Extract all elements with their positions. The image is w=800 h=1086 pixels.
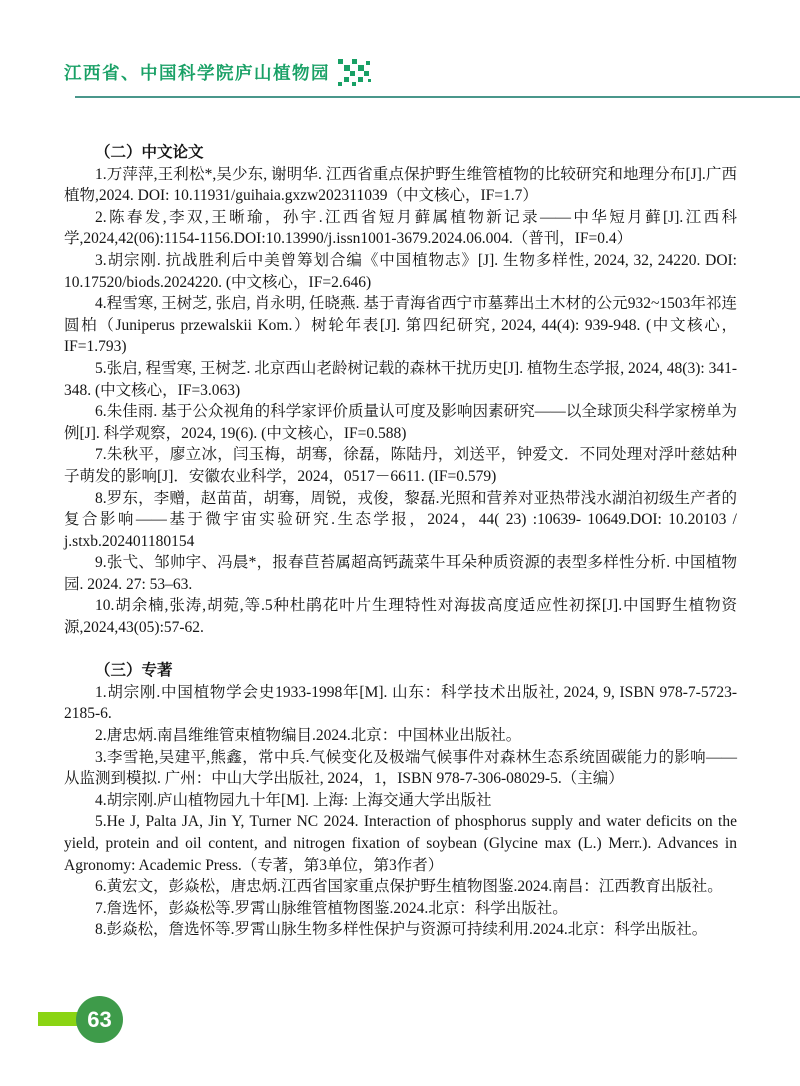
reference-item: 5.He J, Palta JA, Jin Y, Turner NC 2024.… bbox=[64, 811, 737, 876]
page-number-badge: 63 bbox=[38, 996, 128, 1043]
section-chinese-papers: （二）中文论文 1.万萍萍,王利松*,吴少东, 谢明华. 江西省重点保护野生维管… bbox=[64, 142, 737, 639]
pixel-double-chevron-logo-icon bbox=[338, 57, 372, 87]
reference-item: 6.黄宏文，彭焱松，唐忠炳.江西省国家重点保护野生植物图鉴.2024.南昌：江西… bbox=[64, 876, 737, 898]
section-title-chinese-papers: （二）中文论文 bbox=[64, 142, 737, 164]
reference-item: 2.唐忠炳.南昌维维管束植物编目.2024.北京：中国林业出版社。 bbox=[64, 725, 737, 747]
section-title-monographs: （三）专著 bbox=[64, 660, 737, 682]
reference-item: 3.胡宗刚. 抗战胜利后中美曾筹划合编《中国植物志》[J]. 生物多样性, 20… bbox=[64, 250, 737, 293]
reference-item: 9.张弋、邹帅宇、冯晨*，报春苣苔属超高钙蔬菜牛耳朵种质资源的表型多样性分析. … bbox=[64, 552, 737, 595]
reference-item: 4.胡宗刚.庐山植物园九十年[M]. 上海: 上海交通大学出版社 bbox=[64, 790, 737, 812]
page-header: 江西省、中国科学院庐山植物园 bbox=[0, 0, 800, 98]
reference-item: 2.陈春发,李双,王晰瑜，孙宇.江西省短月藓属植物新记录——中华短月藓[J].江… bbox=[64, 207, 737, 250]
reference-item: 1.万萍萍,王利松*,吴少东, 谢明华. 江西省重点保护野生维管植物的比较研究和… bbox=[64, 164, 737, 207]
references-body: （二）中文论文 1.万萍萍,王利松*,吴少东, 谢明华. 江西省重点保护野生维管… bbox=[0, 98, 800, 941]
section-monographs: （三）专著 1.胡宗刚.中国植物学会史1933-1998年[M]. 山东：科学技… bbox=[64, 660, 737, 941]
reference-item: 8.彭焱松，詹选怀等.罗霄山脉生物多样性保护与资源可持续利用.2024.北京：科… bbox=[64, 919, 737, 941]
reference-item: 5.张启, 程雪寒, 王树芝. 北京西山老龄树记载的森林干扰历史[J]. 植物生… bbox=[64, 358, 737, 401]
organization-title: 江西省、中国科学院庐山植物园 bbox=[64, 60, 330, 85]
document-page: 江西省、中国科学院庐山植物园 bbox=[0, 0, 800, 1086]
reference-item: 1.胡宗刚.中国植物学会史1933-1998年[M]. 山东：科学技术出版社, … bbox=[64, 682, 737, 725]
reference-item: 6.朱佳雨. 基于公众视角的科学家评价质量认可度及影响因素研究——以全球顶尖科学… bbox=[64, 401, 737, 444]
reference-item: 8.罗东，李赠，赵苗苗，胡骞，周锐，戎俊，黎磊.光照和营养对亚热带浅水湖泊初级生… bbox=[64, 488, 737, 553]
reference-item: 7.朱秋平，廖立冰，闫玉梅，胡骞，徐磊，陈陆丹，刘送平，钟爱文．不同处理对浮叶慈… bbox=[64, 444, 737, 487]
reference-item: 4.程雪寒, 王树芝, 张启, 肖永明, 任晓燕. 基于青海省西宁市墓葬出土木材… bbox=[64, 293, 737, 358]
reference-item: 3.李雪艳,吴建平,熊鑫，常中兵.气候变化及极端气候事件对森林生态系统固碳能力的… bbox=[64, 747, 737, 790]
page-number: 63 bbox=[76, 996, 123, 1043]
reference-item: 7.詹选怀，彭焱松等.罗霄山脉维管植物图鉴.2024.北京：科学出版社。 bbox=[64, 898, 737, 920]
reference-item: 10.胡余楠,张涛,胡菀,等.5种杜鹃花叶片生理特性对海拔高度适应性初探[J].… bbox=[64, 595, 737, 638]
